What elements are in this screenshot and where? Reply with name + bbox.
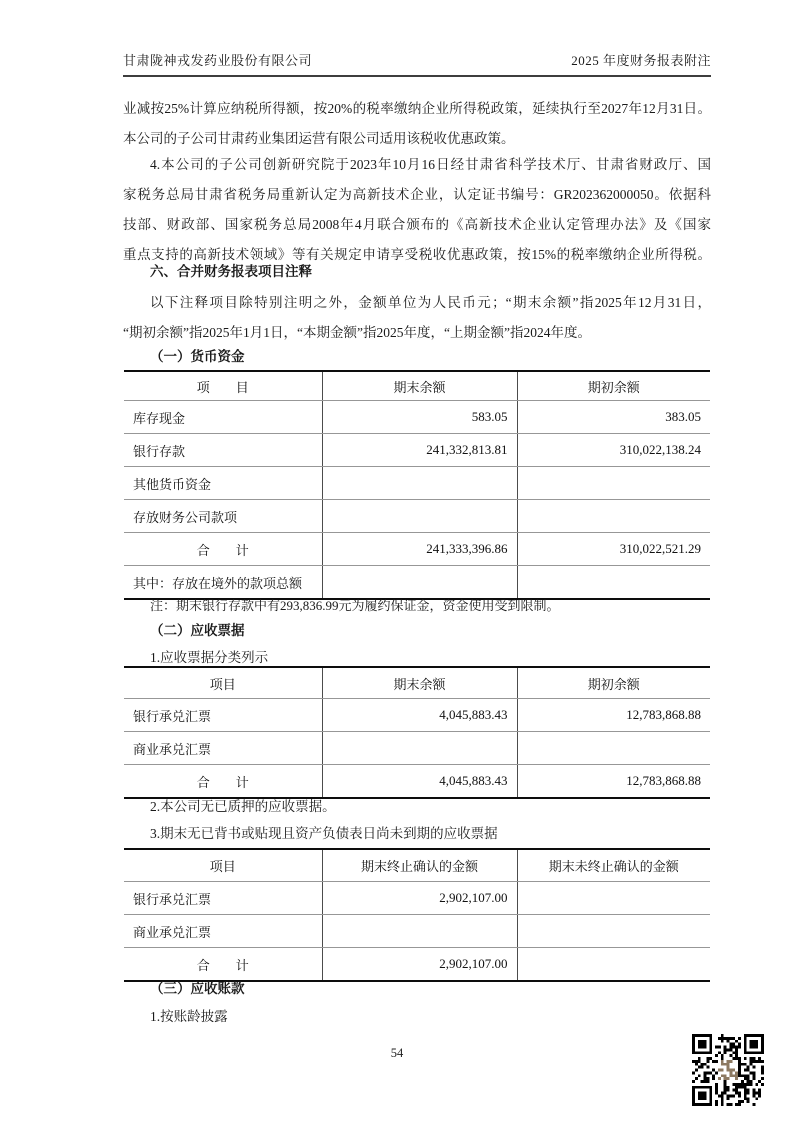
cell-item: 存放财务公司款项 — [124, 500, 322, 533]
cell-closing — [322, 732, 517, 765]
table-total-row: 合 计 4,045,883.43 12,783,868.88 — [124, 765, 710, 799]
cell-item: 银行承兑汇票 — [124, 882, 322, 915]
cell-closing: 4,045,883.43 — [322, 765, 517, 799]
cell-item: 商业承兑汇票 — [124, 915, 322, 948]
column-header-item: 项目 — [124, 849, 322, 882]
qr-code-image — [692, 1034, 764, 1106]
cell-not-derecognized — [517, 915, 710, 948]
table-row: 银行存款 241,332,813.81 310,022,138.24 — [124, 434, 710, 467]
text-line: 以下注释项目除特别注明之外，金额单位为人民币元；“期末余额”指2025年12月3… — [123, 288, 711, 318]
page-header: 甘肃陇神戎发药业股份有限公司 2025 年度财务报表附注 — [123, 50, 711, 77]
monetary-funds-note: 注：期末银行存款中有293,836.99元为履约保证金，资金使用受到限制。 — [123, 592, 711, 620]
notes-receivable-heading: （二）应收票据 — [123, 618, 711, 644]
page-number: 54 — [0, 1046, 794, 1061]
cell-opening: 12,783,868.88 — [517, 765, 710, 799]
cell-closing: 241,333,396.86 — [322, 533, 517, 566]
column-header-not-derecognized: 期末未终止确认的金额 — [517, 849, 710, 882]
column-header-derecognized: 期末终止确认的金额 — [322, 849, 517, 882]
table-row: 商业承兑汇票 — [124, 732, 710, 765]
cell-derecognized: 2,902,107.00 — [322, 882, 517, 915]
table-header-row: 项目 期末余额 期初余额 — [124, 667, 710, 699]
text-line: 家税务总局甘肃省税务局重新认定为高新技术企业，认定证书编号：GR20236200… — [123, 180, 711, 210]
cell-closing — [322, 467, 517, 500]
column-header-opening: 期初余额 — [517, 371, 710, 401]
tax-policy-paragraph: 业减按25%计算应纳税所得额，按20%的税率缴纳企业所得税政策，延续执行至202… — [123, 94, 711, 154]
column-header-opening: 期初余额 — [517, 667, 710, 699]
column-header-item: 项 目 — [124, 371, 322, 401]
cell-closing: 4,045,883.43 — [322, 699, 517, 732]
section6-heading: 六、合并财务报表项目注释 — [123, 258, 711, 286]
cell-closing: 583.05 — [322, 401, 517, 434]
table-row: 银行承兑汇票 2,902,107.00 — [124, 882, 710, 915]
cell-opening — [517, 732, 710, 765]
cell-item: 合 计 — [124, 533, 322, 566]
cell-closing: 241,332,813.81 — [322, 434, 517, 467]
cell-closing — [322, 500, 517, 533]
notes-receivable-point2: 2.本公司无已质押的应收票据。 — [123, 794, 711, 820]
cell-item: 商业承兑汇票 — [124, 732, 322, 765]
section6-intro: 以下注释项目除特别注明之外，金额单位为人民币元；“期末余额”指2025年12月3… — [123, 288, 711, 348]
company-name: 甘肃陇神戎发药业股份有限公司 — [123, 50, 312, 69]
table-header-row: 项目 期末终止确认的金额 期末未终止确认的金额 — [124, 849, 710, 882]
cell-opening — [517, 467, 710, 500]
table-row: 其他货币资金 — [124, 467, 710, 500]
cell-opening — [517, 500, 710, 533]
cell-derecognized — [322, 915, 517, 948]
document-page: 甘肃陇神戎发药业股份有限公司 2025 年度财务报表附注 业减按25%计算应纳税… — [0, 0, 794, 1122]
text-line: 4.本公司的子公司创新研究院于2023年10月16日经甘肃省科学技术厅、甘肃省财… — [123, 150, 711, 180]
document-title: 2025 年度财务报表附注 — [571, 50, 711, 69]
notes-receivable-classification-table: 项目 期末余额 期初余额 银行承兑汇票 4,045,883.43 12,783,… — [124, 666, 710, 799]
cell-opening: 383.05 — [517, 401, 710, 434]
table-row: 存放财务公司款项 — [124, 500, 710, 533]
column-header-closing: 期末余额 — [322, 667, 517, 699]
accounts-receivable-heading: （三）应收账款 — [123, 976, 711, 1002]
cell-item: 银行存款 — [124, 434, 322, 467]
cell-opening: 310,022,138.24 — [517, 434, 710, 467]
monetary-funds-heading: （一）货币资金 — [123, 344, 711, 370]
cell-opening: 310,022,521.29 — [517, 533, 710, 566]
text-line: 业减按25%计算应纳税所得额，按20%的税率缴纳企业所得税政策，延续执行至202… — [123, 94, 711, 124]
monetary-funds-table: 项 目 期末余额 期初余额 库存现金 583.05 383.05 银行存款 24… — [124, 370, 710, 600]
cell-item: 库存现金 — [124, 401, 322, 434]
qr-code — [692, 1034, 764, 1106]
table-row: 库存现金 583.05 383.05 — [124, 401, 710, 434]
cell-not-derecognized — [517, 882, 710, 915]
table-row: 商业承兑汇票 — [124, 915, 710, 948]
table-header-row: 项 目 期末余额 期初余额 — [124, 371, 710, 401]
cell-item: 其他货币资金 — [124, 467, 322, 500]
text-line: 技部、财政部、国家税务总局2008年4月联合颁布的《高新技术企业认定管理办法》及… — [123, 210, 711, 240]
accounts-receivable-point1: 1.按账龄披露 — [123, 1004, 711, 1030]
item4-paragraph: 4.本公司的子公司创新研究院于2023年10月16日经甘肃省科学技术厅、甘肃省财… — [123, 150, 711, 270]
notes-receivable-endorsed-table: 项目 期末终止确认的金额 期末未终止确认的金额 银行承兑汇票 2,902,107… — [124, 848, 710, 982]
cell-opening: 12,783,868.88 — [517, 699, 710, 732]
notes-receivable-point3: 3.期末无已背书或贴现且资产负债表日尚未到期的应收票据 — [123, 821, 711, 847]
cell-item: 合 计 — [124, 765, 322, 799]
column-header-closing: 期末余额 — [322, 371, 517, 401]
cell-item: 银行承兑汇票 — [124, 699, 322, 732]
column-header-item: 项目 — [124, 667, 322, 699]
table-row: 银行承兑汇票 4,045,883.43 12,783,868.88 — [124, 699, 710, 732]
table-total-row: 合 计 241,333,396.86 310,022,521.29 — [124, 533, 710, 566]
